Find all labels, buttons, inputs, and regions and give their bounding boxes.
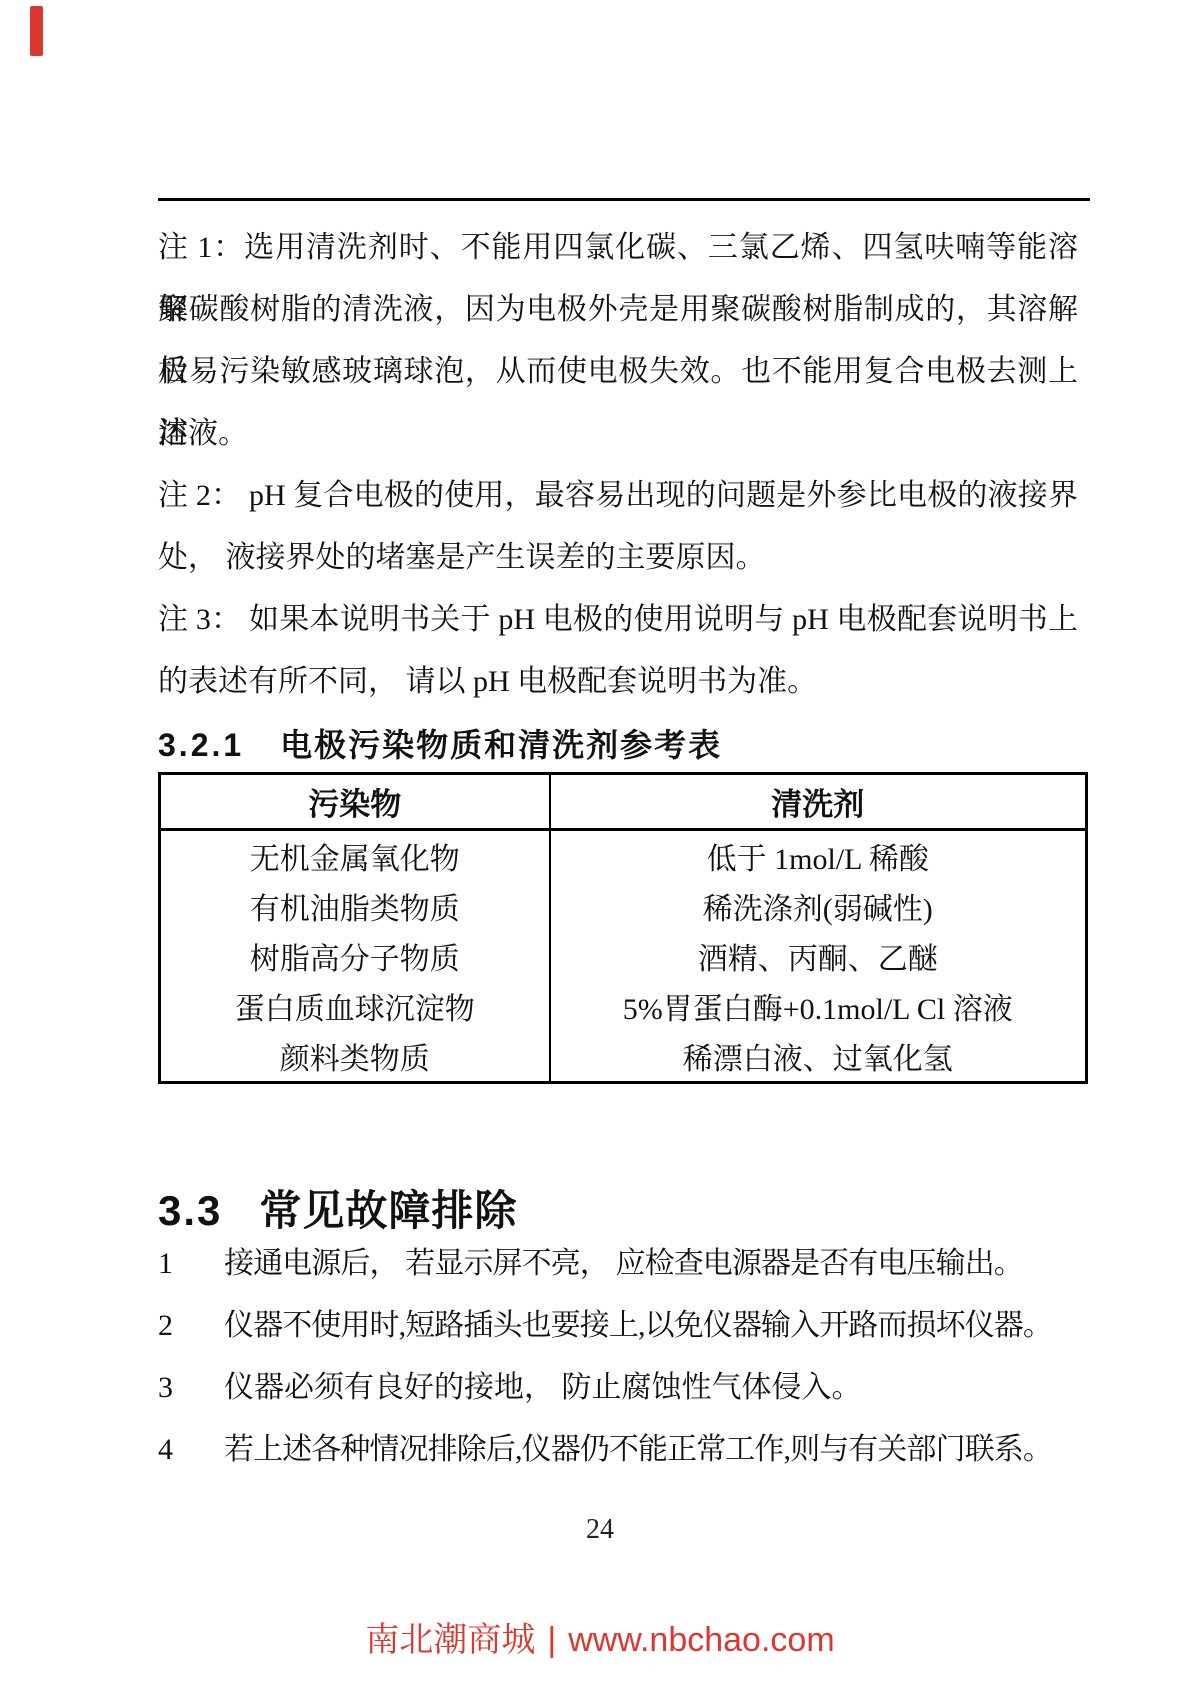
list-item-text: 仪器必须有良好的接地， 防止腐蚀性气体侵入。 <box>224 1357 1098 1419</box>
note-line: 注 3： 如果本说明书关于 pH 电极的使用说明与 pH 电极配套说明书上 <box>158 589 1078 651</box>
table-cell: 树脂高分子物质 <box>160 931 550 981</box>
section-heading-33: 3.3 常见故障排除 <box>158 1183 1090 1239</box>
notes-section: 注 1：选用清洗剂时、不能用四氯化碳、三氯乙烯、四氢呋喃等能溶解聚碳酸树脂的清洗… <box>158 217 1078 713</box>
table-row: 无机金属氧化物低于 1mol/L 稀酸 <box>160 830 1087 882</box>
list-item: 1接通电源后， 若显示屏不亮， 应检查电源器是否有电压输出。 <box>158 1233 1098 1295</box>
table-cell: 5%胃蛋白酶+0.1mol/L Cl 溶液 <box>550 981 1087 1031</box>
cleaning-reference-table: 污染物清洗剂 无机金属氧化物低于 1mol/L 稀酸有机油脂类物质稀洗涤剂(弱碱… <box>158 772 1088 1084</box>
footer-url: www.nbchao.com <box>568 1621 834 1659</box>
table-row: 蛋白质血球沉淀物5%胃蛋白酶+0.1mol/L Cl 溶液 <box>160 981 1087 1031</box>
list-item: 4若上述各种情况排除后,仪器仍不能正常工作,则与有关部门联系。 <box>158 1419 1098 1481</box>
section-number: 3.3 <box>158 1183 222 1239</box>
section-heading-321: 3.2.1 电极污染物质和清洗剂参考表 <box>158 722 1090 768</box>
table-cell: 酒精、丙酮、乙醚 <box>550 931 1087 981</box>
page-number: 24 <box>0 1510 1200 1550</box>
table-row: 树脂高分子物质酒精、丙酮、乙醚 <box>160 931 1087 981</box>
list-item-number: 2 <box>158 1295 224 1357</box>
table-cell: 有机油脂类物质 <box>160 881 550 931</box>
manual-page: 注 1：选用清洗剂时、不能用四氯化碳、三氯乙烯、四氢呋喃等能溶解聚碳酸树脂的清洗… <box>0 0 1200 1702</box>
table-row: 颜料类物质稀漂白液、过氧化氢 <box>160 1031 1087 1083</box>
section-number: 3.2.1 <box>158 722 244 768</box>
note-line: 溶液。 <box>158 403 1078 465</box>
red-marker-bar <box>30 6 43 56</box>
section-title: 电极污染物质和清洗剂参考表 <box>280 722 722 768</box>
table-header-cell: 污染物 <box>160 774 550 830</box>
list-item: 3仪器必须有良好的接地， 防止腐蚀性气体侵入。 <box>158 1357 1098 1419</box>
list-item-text: 仪器不使用时,短路插头也要接上,以免仪器输入开路而损坏仪器。 <box>224 1295 1098 1357</box>
table-header-row: 污染物清洗剂 <box>160 774 1087 830</box>
note-line: 注 2： pH 复合电极的使用，最容易出现的问题是外参比电极的液接界 <box>158 465 1078 527</box>
footer-separator: | <box>535 1621 568 1659</box>
note-line: 极易污染敏感玻璃球泡，从而使电极失效。也不能用复合电极去测上述 <box>158 341 1078 403</box>
note-line: 的表述有所不同， 请以 pH 电极配套说明书为准。 <box>158 651 1078 713</box>
section-title: 常见故障排除 <box>259 1183 517 1239</box>
header-rule <box>158 198 1090 201</box>
list-item-number: 1 <box>158 1233 224 1295</box>
table-cell: 颜料类物质 <box>160 1031 550 1083</box>
list-item-number: 3 <box>158 1357 224 1419</box>
table-cell: 低于 1mol/L 稀酸 <box>550 830 1087 882</box>
table-row: 有机油脂类物质稀洗涤剂(弱碱性) <box>160 881 1087 931</box>
footer-site-name: 南北潮商城 <box>365 1621 535 1659</box>
table-cell: 稀漂白液、过氧化氢 <box>550 1031 1087 1083</box>
list-item-text: 若上述各种情况排除后,仪器仍不能正常工作,则与有关部门联系。 <box>224 1419 1098 1481</box>
troubleshooting-list: 1接通电源后， 若显示屏不亮， 应检查电源器是否有电压输出。2仪器不使用时,短路… <box>158 1233 1098 1481</box>
table-cell: 稀洗涤剂(弱碱性) <box>550 881 1087 931</box>
table-cell: 无机金属氧化物 <box>160 830 550 882</box>
list-item-text: 接通电源后， 若显示屏不亮， 应检查电源器是否有电压输出。 <box>224 1233 1098 1295</box>
list-item-number: 4 <box>158 1419 224 1481</box>
note-line: 聚碳酸树脂的清洗液，因为电极外壳是用聚碳酸树脂制成的，其溶解后 <box>158 279 1078 341</box>
note-line: 处， 液接界处的堵塞是产生误差的主要原因。 <box>158 527 1078 589</box>
list-item: 2仪器不使用时,短路插头也要接上,以免仪器输入开路而损坏仪器。 <box>158 1295 1098 1357</box>
footer-watermark: 南北潮商城|www.nbchao.com <box>0 1618 1200 1662</box>
table-header-cell: 清洗剂 <box>550 774 1087 830</box>
note-line: 注 1：选用清洗剂时、不能用四氯化碳、三氯乙烯、四氢呋喃等能溶解 <box>158 217 1078 279</box>
table-cell: 蛋白质血球沉淀物 <box>160 981 550 1031</box>
